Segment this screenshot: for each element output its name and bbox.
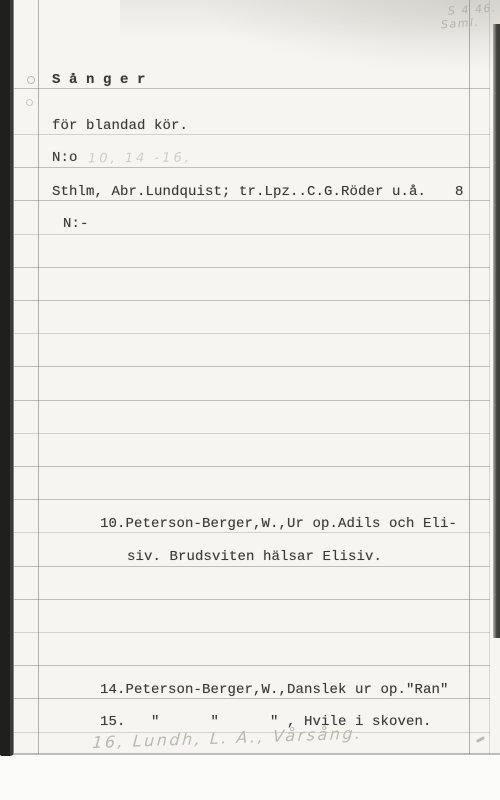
scan-border-right [493,24,500,638]
scanned-catalog-card-page: S å n g e r för blandad kör. N:o 10, 14 … [0,0,500,800]
ruled-line [14,333,490,334]
entry-10-line1: 10.Peterson-Berger,W.,Ur op.Adils och El… [100,517,457,532]
price-note: N:- [63,217,89,232]
pencil-mark-circle [27,76,35,84]
scan-border-left [0,0,14,756]
pencil-dash-bottom-right [476,736,485,743]
ruled-line [14,499,490,500]
ruled-line [14,267,490,268]
index-card: S å n g e r för blandad kör. N:o 10, 14 … [0,0,500,754]
ruled-line [14,200,490,201]
card-bottom-edge [0,753,500,755]
ruled-line [14,234,490,235]
corner-note-line2: Saml. [441,16,480,32]
ruled-line [14,599,490,600]
left-margin-rule [38,0,39,754]
ruled-line [14,665,490,666]
format-number: 8 [455,185,464,200]
pencil-mark-circle-2 [26,99,33,106]
ruled-line [14,167,490,168]
ruled-line [14,532,490,533]
ruled-line [14,632,490,633]
ruled-line [14,433,490,434]
right-margin-rule [469,0,470,754]
card-subtitle: för blandad kör. [52,119,188,134]
entry-10-line2: siv. Brudsviten hälsar Elisiv. [127,550,382,565]
ruled-line [14,134,490,135]
ruled-line [14,466,490,467]
ruled-line [14,88,490,89]
number-pencil-value: 10, 14 -16, [88,151,192,167]
imprint-line: Sthlm, Abr.Lundquist; tr.Lpz..C.G.Röder … [52,185,426,200]
ruled-line [14,566,490,567]
entry-14-line1: 14.Peterson-Berger,W.,Danslek ur op."Ran… [100,683,449,698]
card-title: S å n g e r [52,73,146,88]
ruled-line [14,300,490,301]
ruled-line [14,400,490,401]
right-edge-rule [489,0,490,754]
ruled-line [14,698,490,699]
ruled-line [14,366,490,367]
number-label: N:o [52,151,78,166]
